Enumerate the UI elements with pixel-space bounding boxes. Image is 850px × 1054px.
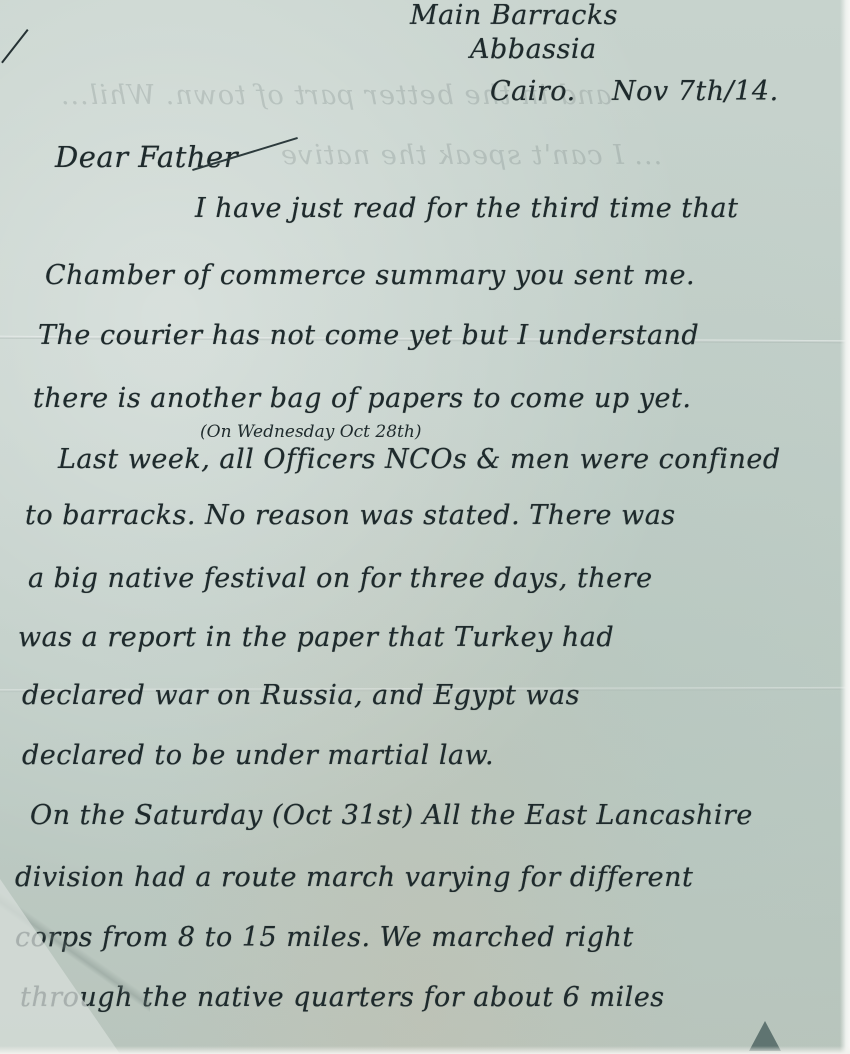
- body-line: to barracks. No reason was stated. There…: [25, 500, 676, 531]
- body-line: declared to be under martial law.: [22, 740, 494, 771]
- insertion-note: (On Wednesday Oct 28th): [200, 422, 421, 442]
- place: Cairo.: [490, 76, 576, 107]
- letter-page: and in the better part of town. Whil... …: [0, 0, 850, 1054]
- body-line: Last week, all Officers NCOs & men were …: [58, 444, 781, 475]
- body-line: I have just read for the third time that: [195, 193, 738, 224]
- body-line: was a report in the paper that Turkey ha…: [18, 622, 614, 653]
- body-line: Chamber of commerce summary you sent me.: [45, 260, 695, 291]
- page-number-mark: [1, 29, 28, 63]
- body-line: The courier has not come yet but I under…: [38, 320, 699, 351]
- salutation: Dear Father: [55, 140, 238, 174]
- bleed-through-text: ... I can't speak the native: [280, 140, 662, 171]
- page-edge-bottom: [0, 1046, 850, 1054]
- body-line: there is another bag of papers to come u…: [33, 383, 691, 414]
- address-line-1: Main Barracks: [410, 0, 618, 31]
- folded-corner: [0, 879, 120, 1054]
- page-edge-right: [840, 0, 850, 1054]
- body-line: On the Saturday (Oct 31st) All the East …: [30, 800, 753, 831]
- address-line-2: Abbassia: [470, 34, 597, 65]
- body-line: declared war on Russia, and Egypt was: [22, 680, 580, 711]
- date: Nov 7th/14.: [612, 76, 779, 107]
- body-line: a big native festival on for three days,…: [28, 563, 653, 594]
